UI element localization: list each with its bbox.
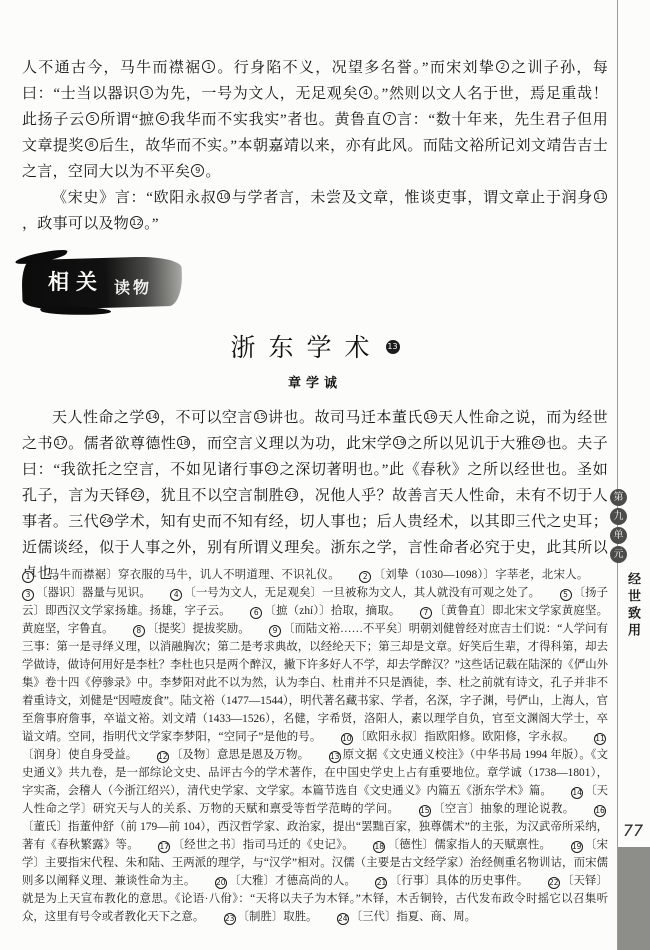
unit-badge-char-2: 九 xyxy=(610,508,627,525)
footnote-number-8: 8 xyxy=(133,625,145,637)
paragraph-songshi-quote: 《宋史》言：“欧阳永叔10与学者言，未尝及文章，惟谈吏事，谓文章止于润身11，政… xyxy=(22,185,608,237)
page-number: 77 xyxy=(618,821,648,840)
footnote-ref-15: 15 xyxy=(254,410,267,423)
footnotes-block: 1〔马牛而襟裾〕穿衣服的马牛，讥人不明道理、不识礼仪。2〔刘挚（1030—109… xyxy=(22,566,608,926)
footnote-2: 2〔刘挚（1030—1098）〕字莘老，北宋人。 xyxy=(359,569,588,581)
footnote-number-2: 2 xyxy=(359,571,371,583)
paragraph-main-text: 天人性命之学14，不可以空言15讲也。故司马迁本董氏16天人性命之说，而为经世之… xyxy=(22,405,608,587)
footnote-number-14: 14 xyxy=(571,787,583,799)
footnote-8: 8〔提奖〕提拔奖励。 xyxy=(133,623,250,635)
footnote-12: 12〔及物〕意思是恩及万物。 xyxy=(157,749,310,761)
footnote-24: 24〔三代〕指夏、商、周。 xyxy=(337,911,476,923)
related-reading-banner: 相关 读物 xyxy=(22,254,190,314)
page-edge-tab xyxy=(618,847,650,950)
footnote-number-5: 5 xyxy=(560,589,572,601)
footnote-number-23: 23 xyxy=(224,913,236,925)
footnote-number-20: 20 xyxy=(215,877,227,889)
unit-badge-char-3: 单 xyxy=(610,527,627,544)
footnote-ref-24: 24 xyxy=(100,514,113,527)
footnote-23: 23〔制胜〕取胜。 xyxy=(224,911,318,923)
unit-badge-char-4: 元 xyxy=(610,546,627,563)
footnote-ref-11: 11 xyxy=(594,190,607,203)
footnote-number-7: 7 xyxy=(420,607,432,619)
footnote-ref-23: 23 xyxy=(285,488,298,501)
footnote-17: 17〔经世之书〕指司马迁的《史记》。 xyxy=(158,839,354,851)
footnote-ref-16: 16 xyxy=(424,410,437,423)
footnote-6: 6〔摭（zhí）〕拾取，摘取。 xyxy=(250,605,400,617)
footnote-10: 10〔欧阳永叔〕指欧阳修。欧阳修，字永叔。 xyxy=(341,731,575,743)
unit-title-label: 经世致用 xyxy=(624,572,643,640)
footnote-ref-14: 14 xyxy=(146,410,159,423)
footnote-number-11: 11 xyxy=(594,733,606,745)
footnote-number-19: 19 xyxy=(571,841,583,853)
footnote-ref-7: 7 xyxy=(383,112,396,125)
footnote-number-4: 4 xyxy=(170,589,182,601)
footnote-ref-6: 6 xyxy=(156,112,169,125)
footnote-21: 21〔行事〕具体的历史事件。 xyxy=(375,875,528,887)
footnote-ref-9: 9 xyxy=(191,164,204,177)
footnote-3: 3〔器识〕器量与见识。 xyxy=(22,587,151,599)
footnote-ref-8: 8 xyxy=(85,138,98,151)
footnote-ref-1: 1 xyxy=(202,60,215,73)
footnote-number-9: 9 xyxy=(269,625,281,637)
article-title: 浙东学术13 xyxy=(22,328,608,364)
footnote-ref-13: 13 xyxy=(386,340,400,354)
footnote-number-1: 1 xyxy=(22,571,34,583)
footnote-ref-20: 20 xyxy=(532,436,545,449)
footnote-ref-2: 2 xyxy=(496,60,509,73)
unit-badge: 第 九 单 元 xyxy=(610,489,628,565)
footnote-ref-22: 22 xyxy=(131,488,144,501)
textbook-page: 人不通古今，马牛而襟裾1。行身陷不义，况望多名誉。”而宋刘挚2之训子孙，每曰：“… xyxy=(0,0,650,950)
footnote-ref-4: 4 xyxy=(359,86,372,99)
article-author: 章学诚 xyxy=(22,372,608,391)
footnote-1: 1〔马牛而襟裾〕穿衣服的马牛，讥人不明道理、不识礼仪。 xyxy=(22,569,340,581)
footnote-number-18: 18 xyxy=(373,841,385,853)
footnote-number-10: 10 xyxy=(341,733,353,745)
footnote-ref-3: 3 xyxy=(140,86,153,99)
banner-label-part1: 相关 xyxy=(48,266,104,296)
footnote-ref-18: 18 xyxy=(177,436,190,449)
footnote-number-17: 17 xyxy=(158,841,170,853)
footnote-ref-12: 12 xyxy=(130,216,143,229)
footnote-ref-5: 5 xyxy=(86,112,99,125)
unit-badge-char-1: 第 xyxy=(610,489,627,506)
footnote-number-6: 6 xyxy=(250,607,262,619)
banner-label-part2: 读物 xyxy=(114,275,152,298)
footnote-9: 9〔而陆文裕……不平矣〕明朝刘健曾经对庶吉士们说：“人学问有三事：第一是寻绎义理… xyxy=(22,623,608,743)
footnote-ref-19: 19 xyxy=(393,436,406,449)
footnote-18: 18〔德性〕儒家指人的天赋禀性。 xyxy=(373,839,551,851)
footnote-ref-10: 10 xyxy=(217,190,230,203)
footnote-15: 15〔空言〕抽象的理论说教。 xyxy=(419,803,575,815)
footnote-number-22: 22 xyxy=(548,877,560,889)
footnote-ref-21: 21 xyxy=(265,462,278,475)
footnote-number-13: 13 xyxy=(329,751,341,763)
footnote-20: 20〔大雅〕才德高尚的人。 xyxy=(215,875,356,887)
footnote-number-15: 15 xyxy=(419,805,431,817)
sidebar-vertical-rule xyxy=(617,0,618,950)
paragraph-continuation: 人不通古今，马牛而襟裾1。行身陷不义，况望多名誉。”而宋刘挚2之训子孙，每曰：“… xyxy=(22,55,608,185)
footnote-number-3: 3 xyxy=(22,589,34,601)
footnote-4: 4〔一号为文人，无足观矣〕一旦被称为文人，其人就没有可观之处了。 xyxy=(170,587,540,599)
footnote-number-12: 12 xyxy=(157,751,169,763)
footnote-ref-17: 17 xyxy=(54,436,67,449)
footnote-number-24: 24 xyxy=(337,913,349,925)
article-title-text: 浙东学术 xyxy=(230,333,382,362)
footnote-number-16: 16 xyxy=(594,805,606,817)
footnote-number-21: 21 xyxy=(375,877,387,889)
